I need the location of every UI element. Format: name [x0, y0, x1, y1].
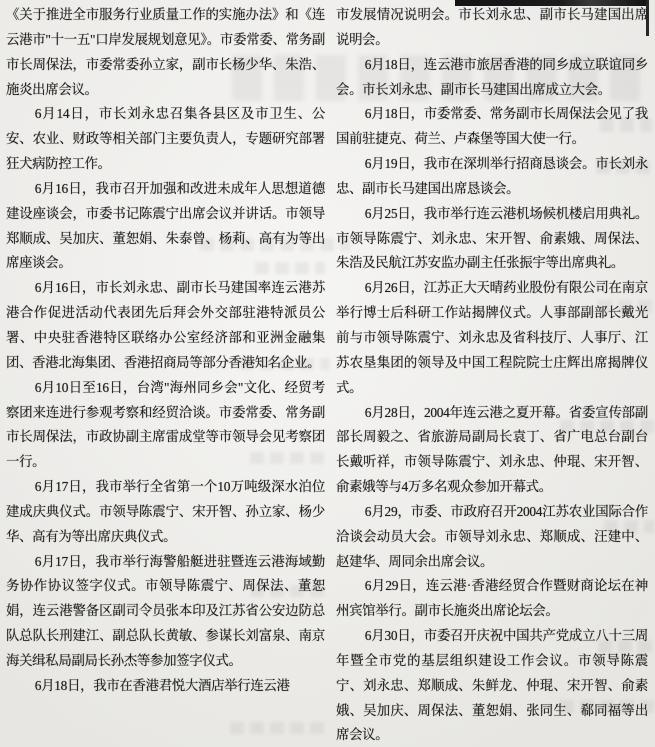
paragraph: 6月25日，我市举行连云港机场候机楼启用典礼。市领导陈震宁、刘永忠、宋开智、俞素…: [336, 202, 648, 277]
paragraph: 6月30日，市委召开庆祝中国共产党成立八十三周年暨全市党的基层组织建设工作会议。…: [336, 624, 648, 747]
paragraph: 6月18日，连云港市旅居香港的同乡成立联谊同乡会。市长刘永忠、副市长马建国出席成…: [336, 53, 648, 103]
bleedthrough-fragment: [230, 722, 330, 734]
paragraph: 6月18日，市委常委、常务副市长周保法会见了我国前驻捷克、荷兰、卢森堡等国大使一…: [336, 102, 648, 152]
paragraph: 6月17日，我市举行全省第一个10万吨级深水泊位建成庆典仪式。市领导陈震宁、宋开…: [6, 475, 325, 550]
paragraph: 6月10日至16日，台湾"海州同乡会"文化、经贸考察团来连进行参观考察和经贸洽谈…: [6, 376, 325, 475]
paragraph: 6月16日，我市召开加强和改进未成年人思想道德建设座谈会，市委书记陈震宁出席会议…: [6, 177, 325, 276]
paragraph: 6月14日，市长刘永忠召集各县区及市卫生、公安、农业、财政等相关部门主要负责人，…: [6, 102, 325, 177]
paragraph: 6月19日，我市在深圳举行招商恳谈会。市长刘永忠、副市长马建国出席恳谈会。: [336, 152, 648, 202]
paragraph: 6月26日，江苏正大天晴药业股份有限公司在南京举行博士后科研工作站揭牌仪式。人事…: [336, 276, 648, 400]
paragraph: 市发展情况说明会。市长刘永忠、副市长马建国出席说明会。: [336, 3, 648, 53]
paragraph: 6月29日，连云港·香港经贸合作暨财商论坛在神州宾馆举行。副市长施炎出席论坛会。: [336, 574, 648, 624]
paragraph: 《关于推进全市服务行业质量工作的实施办法》和《连云港市"十一五"口岸发展规划意见…: [6, 3, 325, 102]
scanned-page: 《关于推进全市服务行业质量工作的实施办法》和《连云港市"十一五"口岸发展规划意见…: [0, 0, 655, 747]
paragraph: 6月28日，2004年连云港之夏开幕。省委宣传部副部长周毅之、省旅游局副局长袁丁…: [336, 401, 648, 500]
paragraph: 6月18日，我市在香港君悦大酒店举行连云港: [6, 674, 325, 699]
paragraph: 6月17日，我市举行海警船艇进驻暨连云港海域勤务协作协议签字仪式。市领导陈震宁、…: [6, 550, 325, 674]
left-column: 《关于推进全市服务行业质量工作的实施办法》和《连云港市"十一五"口岸发展规划意见…: [6, 3, 325, 699]
paragraph: 6月16日，市长刘永忠、副市长马建国率连云港苏港合作促进活动代表团先后拜会外交部…: [6, 276, 325, 375]
paragraph: 6月29，市委、市政府召开2004江苏农业国际合作洽谈会动员大会。市领导刘永忠、…: [336, 500, 648, 575]
right-column: 市发展情况说明会。市长刘永忠、副市长马建国出席说明会。 6月18日，连云港市旅居…: [336, 3, 648, 747]
